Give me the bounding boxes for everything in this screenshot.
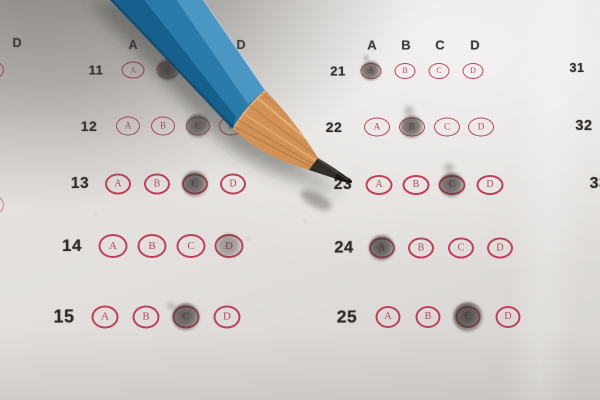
bubble-21-B: B <box>395 63 416 79</box>
column-header-letter: C <box>197 38 206 52</box>
bubble-letter: C <box>199 66 204 74</box>
bubble-letter: B <box>154 179 161 189</box>
column-header-letter: C <box>435 38 444 53</box>
bubble-letter: A <box>375 180 382 190</box>
question-number: 15 <box>53 307 74 328</box>
pencil-mark-22-B <box>401 116 424 139</box>
bubble-letter: D <box>486 180 493 190</box>
bubble-letter: B <box>418 243 425 253</box>
bubble-23-B: B <box>403 175 430 195</box>
bubble-25-A: A <box>376 306 401 328</box>
bubble-23-A: A <box>366 175 393 195</box>
pencil-mark-23-C <box>440 173 465 198</box>
question-number: 12 <box>81 118 98 134</box>
bubble-letter: D <box>496 243 503 253</box>
bubble-22-A: A <box>364 118 390 137</box>
bubble-letter: A <box>125 122 132 131</box>
question-number: 33 <box>590 175 600 193</box>
bubble-14-C: C <box>177 234 206 258</box>
bubble-letter: A <box>374 123 381 132</box>
bubble-12-B: B <box>151 117 175 136</box>
bubble-11-A: A <box>122 62 145 79</box>
pencil-mark-24-A <box>369 235 395 261</box>
question-number: 31 <box>570 61 585 75</box>
bubble-letter: B <box>148 241 155 252</box>
bubble-letter: D <box>229 179 236 189</box>
bubble-letter: A <box>114 179 121 189</box>
bubble-letter: D <box>228 122 235 131</box>
bubble-13-B: B <box>144 174 170 195</box>
pencil-mark-25-C <box>453 302 483 332</box>
question-number: 11 <box>89 63 104 78</box>
bubble-25-B: B <box>416 306 441 328</box>
bubble-13-A: A <box>105 174 131 195</box>
column-header-letter: B <box>163 38 172 52</box>
bubble-letter: D <box>504 312 511 322</box>
bubble-15-B: B <box>133 306 160 329</box>
bubble-21-D: D <box>463 63 484 79</box>
bubble-15-D: D <box>214 306 241 329</box>
bubble-21-C: C <box>429 63 450 79</box>
graphite-smear <box>246 237 250 241</box>
bubble-15-A: A <box>92 306 119 329</box>
bubble-letter: C <box>444 123 450 132</box>
partial-bubble <box>0 61 4 79</box>
graphite-smear <box>165 300 177 312</box>
question-number: 22 <box>326 119 343 135</box>
column-header-letter: D <box>470 38 479 53</box>
bubble-25-D: D <box>496 306 521 328</box>
bubble-letter: B <box>142 312 149 323</box>
column-header-letter: A <box>367 38 376 53</box>
bubble-22-D: D <box>468 118 494 137</box>
bubble-23-D: D <box>477 175 504 195</box>
bubble-14-A: A <box>99 234 128 258</box>
bubble-24-C: C <box>448 238 474 259</box>
question-number: 23 <box>334 176 352 194</box>
bubble-12-D: D <box>219 117 243 136</box>
bubble-11-C: C <box>191 62 214 79</box>
pencil-mark-13-C <box>182 171 208 197</box>
bubble-letter: C <box>436 67 441 75</box>
pencil-mark-14-D <box>217 234 242 259</box>
bubble-letter: C <box>458 243 465 253</box>
question-number: 32 <box>575 118 592 134</box>
bubble-letter: A <box>384 312 391 322</box>
question-number: 25 <box>337 307 357 328</box>
column-header-letter: D <box>12 36 21 50</box>
bubble-letter: B <box>160 122 166 131</box>
bubble-letter: D <box>223 312 231 323</box>
bubble-grid: ABCDABCDD11ABCD12ABCD13ABCD14ABCD15ABCD2… <box>0 0 600 400</box>
bubble-letter: B <box>413 180 420 190</box>
bubble-letter: D <box>478 123 485 132</box>
question-number: 13 <box>71 175 89 193</box>
bubble-letter: D <box>234 66 240 74</box>
bubble-24-B: B <box>408 238 434 259</box>
bubble-22-C: C <box>434 118 460 137</box>
graphite-smear <box>303 219 307 223</box>
graphite-smear <box>362 54 370 62</box>
bubble-11-D: D <box>226 62 249 79</box>
answer-sheet-photo: ABCDABCDD11ABCD12ABCD13ABCD14ABCD15ABCD2… <box>0 0 600 400</box>
bubble-24-D: D <box>487 238 513 259</box>
bubble-letter: D <box>470 67 476 75</box>
question-number: 14 <box>62 236 82 256</box>
graphite-smear <box>441 160 457 176</box>
column-header-letter: D <box>236 38 245 52</box>
pencil-mark-21-A <box>361 61 381 81</box>
bubble-letter: A <box>109 241 117 252</box>
bubble-letter: B <box>425 312 432 322</box>
column-header-letter: B <box>401 38 410 53</box>
question-number: 24 <box>334 239 353 258</box>
bubble-12-A: A <box>116 117 140 136</box>
pencil-mark-12-C <box>186 114 210 138</box>
bubble-letter: B <box>402 67 407 75</box>
partial-bubble <box>0 195 4 215</box>
bubble-letter: C <box>187 241 194 252</box>
graphite-smear <box>401 103 417 119</box>
pencil-mark-11-B <box>157 59 179 81</box>
question-number: 21 <box>330 64 345 79</box>
bubble-letter: A <box>130 66 136 74</box>
bubble-14-B: B <box>138 234 167 258</box>
bubble-13-D: D <box>220 174 246 195</box>
column-header-letter: A <box>128 38 137 52</box>
graphite-smear <box>93 212 97 216</box>
bubble-letter: A <box>101 312 109 323</box>
